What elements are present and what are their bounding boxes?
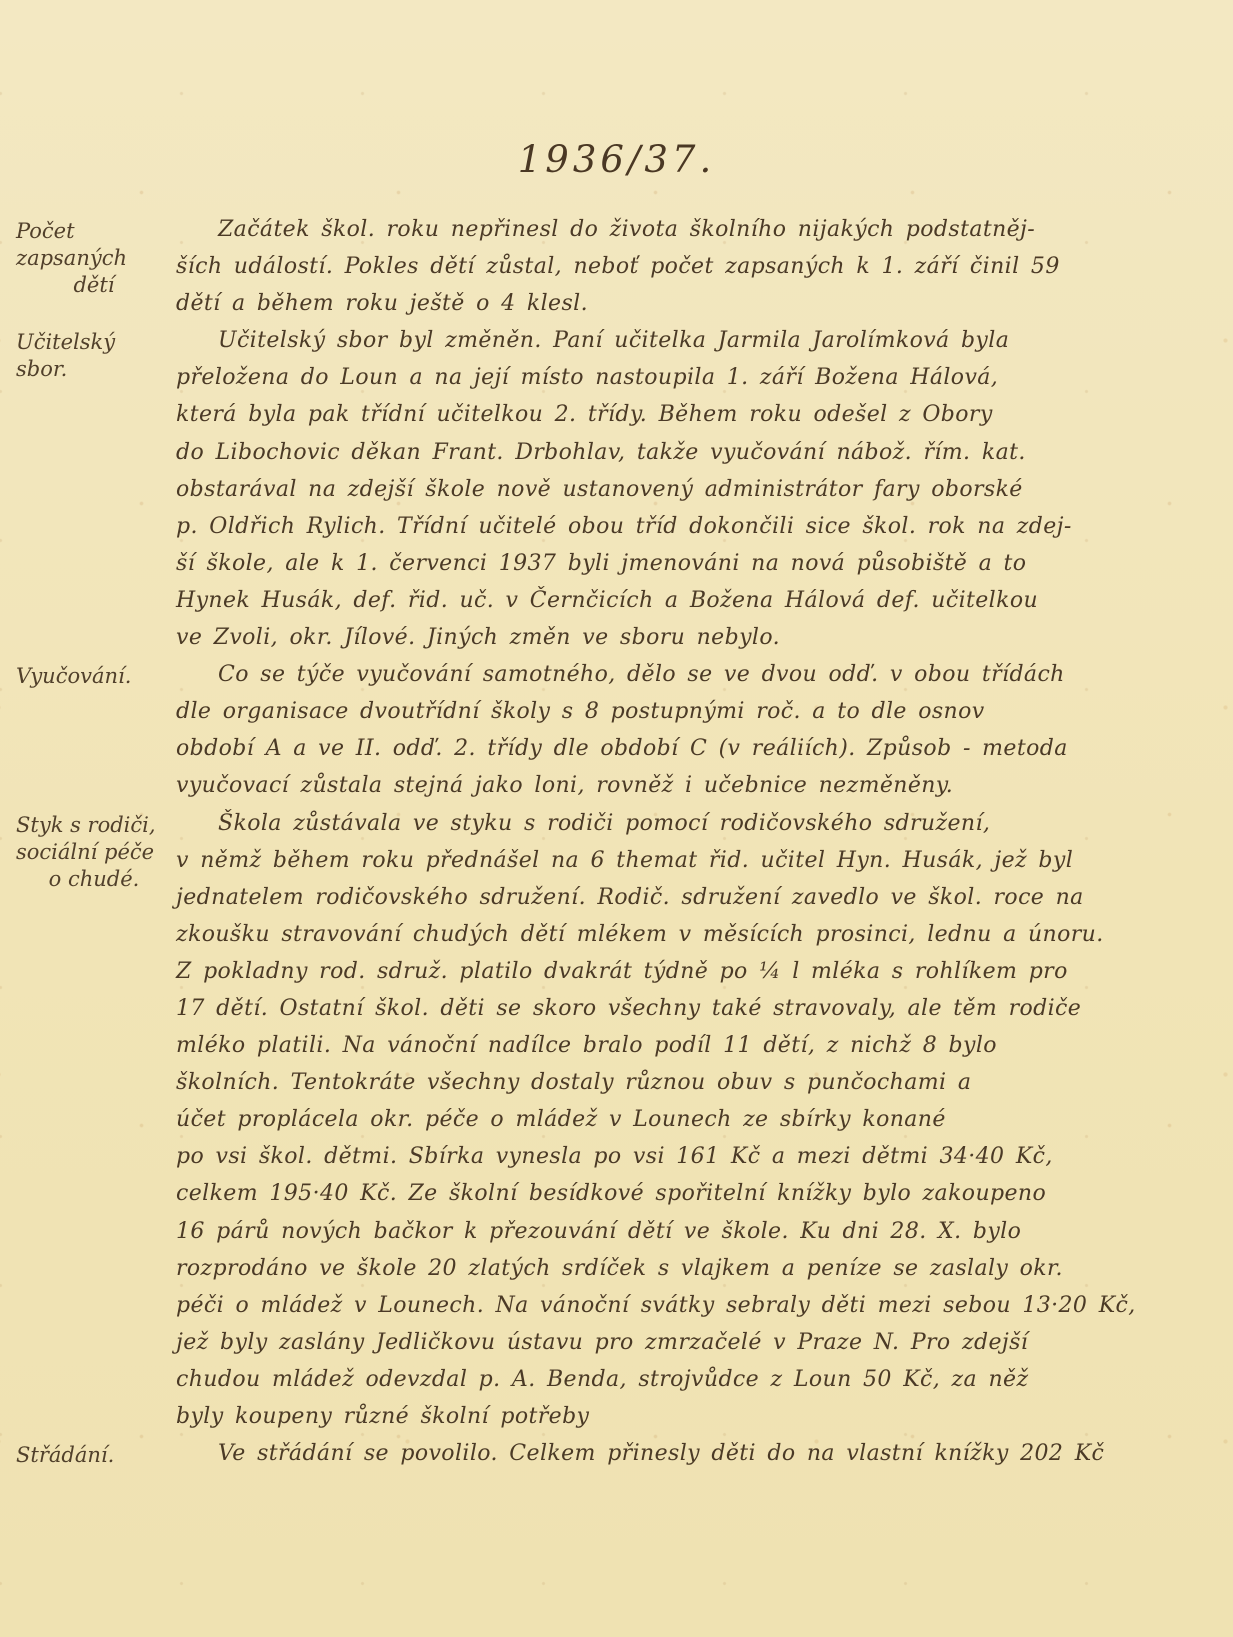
- text-line: do Libochovic děkan Frant. Drbohlav, tak…: [176, 434, 1108, 471]
- text-line: v němž během roku přednášel na 6 themat …: [176, 842, 1108, 879]
- text-line: Ve střádání se povolilo. Celkem přinesly…: [176, 1435, 1108, 1472]
- text-line: celkem 195·40 Kč. Ze školní besídkové sp…: [176, 1175, 1108, 1212]
- paragraph: Učitelský sbor byl změněn. Paní učitelka…: [176, 322, 1108, 656]
- text-line: obstarával na zdejší škole nově ustanove…: [176, 471, 1108, 508]
- text-line: vyučovací zůstala stejná jako loni, rovn…: [176, 767, 1108, 804]
- section-3: Styk s rodiči,sociální péčeo chudé.Škola…: [0, 805, 1233, 1436]
- paragraph: Začátek škol. roku nepřinesl do života š…: [176, 211, 1108, 322]
- text-line: mléko platili. Na vánoční nadílce bralo …: [176, 1027, 1108, 1064]
- text-line: jež byly zaslány Jedličkovu ústavu pro z…: [176, 1324, 1108, 1361]
- text-line: rozprodáno ve škole 20 zlatých srdíček s…: [176, 1250, 1108, 1287]
- margin-note-line: Počet zapsaných: [16, 218, 172, 272]
- text-line: účet proplácela okr. péče o mládež v Lou…: [176, 1101, 1108, 1138]
- text-line: Začátek škol. roku nepřinesl do života š…: [176, 211, 1108, 248]
- text-line: která byla pak třídní učitelkou 2. třídy…: [176, 396, 1108, 433]
- text-line: p. Oldřich Rylich. Třídní učitelé obou t…: [176, 508, 1108, 545]
- margin-note-line: sociální péče: [16, 839, 172, 866]
- text-line: ve Zvoli, okr. Jílové. Jiných změn ve sb…: [176, 619, 1108, 656]
- margin-note-line: Styk s rodiči,: [16, 812, 172, 839]
- text-line: chudou mládež odevzdal p. A. Benda, stro…: [176, 1361, 1108, 1398]
- paragraph: Škola zůstávala ve styku s rodiči pomocí…: [176, 805, 1108, 1436]
- chronicle-page: 1936/37. Počet zapsanýchdětíZačátek škol…: [0, 0, 1233, 1637]
- margin-note-line: Učitelský sbor.: [16, 329, 172, 383]
- text-line: přeložena do Loun a na její místo nastou…: [176, 359, 1108, 396]
- text-line: byly koupeny různé školní potřeby: [176, 1398, 1108, 1435]
- text-line: období A a ve II. odď. 2. třídy dle obdo…: [176, 730, 1108, 767]
- sections-container: Počet zapsanýchdětíZačátek škol. roku ne…: [0, 211, 1233, 1472]
- section-0: Počet zapsanýchdětíZačátek škol. roku ne…: [0, 211, 1233, 322]
- text-line: ší škole, ale k 1. červenci 1937 byli jm…: [176, 545, 1108, 582]
- margin-note-line: o chudé.: [16, 866, 172, 893]
- text-line: jednatelem rodičovského sdružení. Rodič.…: [176, 879, 1108, 916]
- section-2: Vyučování.Co se týče vyučování samotného…: [0, 656, 1233, 804]
- text-line: školních. Tentokráte všechny dostaly růz…: [176, 1064, 1108, 1101]
- text-line: Škola zůstávala ve styku s rodiči pomocí…: [176, 805, 1108, 842]
- text-line: 16 párů nových bačkor k přezouvání dětí …: [176, 1213, 1108, 1250]
- margin-note: Učitelský sbor.: [0, 322, 176, 383]
- margin-note: Počet zapsanýchdětí: [0, 211, 176, 299]
- section-4: Střádání.Ve střádání se povolilo. Celkem…: [0, 1435, 1233, 1472]
- text-line: Hynek Husák, def. řid. uč. v Černčicích …: [176, 582, 1108, 619]
- chronicle-content: Počet zapsanýchdětíZačátek škol. roku ne…: [0, 211, 1233, 1472]
- section-1: Učitelský sbor.Učitelský sbor byl změněn…: [0, 322, 1233, 656]
- text-line: ších událostí. Pokles dětí zůstal, neboť…: [176, 248, 1108, 285]
- page-title: 1936/37.: [0, 138, 1233, 181]
- text-line: Co se týče vyučování samotného, dělo se …: [176, 656, 1108, 693]
- text-line: Učitelský sbor byl změněn. Paní učitelka…: [176, 322, 1108, 359]
- margin-note: Střádání.: [0, 1435, 176, 1469]
- text-line: 17 dětí. Ostatní škol. děti se skoro vše…: [176, 990, 1108, 1027]
- text-line: péči o mládež v Lounech. Na vánoční svát…: [176, 1287, 1108, 1324]
- margin-note: Styk s rodiči,sociální péčeo chudé.: [0, 805, 176, 893]
- text-line: zkoušku stravování chudých dětí mlékem v…: [176, 916, 1108, 953]
- paragraph: Co se týče vyučování samotného, dělo se …: [176, 656, 1108, 804]
- text-line: Z pokladny rod. sdruž. platilo dvakrát t…: [176, 953, 1108, 990]
- margin-note-line: Vyučování.: [16, 663, 172, 690]
- text-line: dětí a během roku ještě o 4 klesl.: [176, 285, 1108, 322]
- text-line: po vsi škol. dětmi. Sbírka vynesla po vs…: [176, 1138, 1108, 1175]
- paragraph: Ve střádání se povolilo. Celkem přinesly…: [176, 1435, 1108, 1472]
- margin-note: Vyučování.: [0, 656, 176, 690]
- text-line: dle organisace dvoutřídní školy s 8 post…: [176, 693, 1108, 730]
- margin-note-line: Střádání.: [16, 1442, 172, 1469]
- margin-note-line: dětí: [16, 272, 172, 299]
